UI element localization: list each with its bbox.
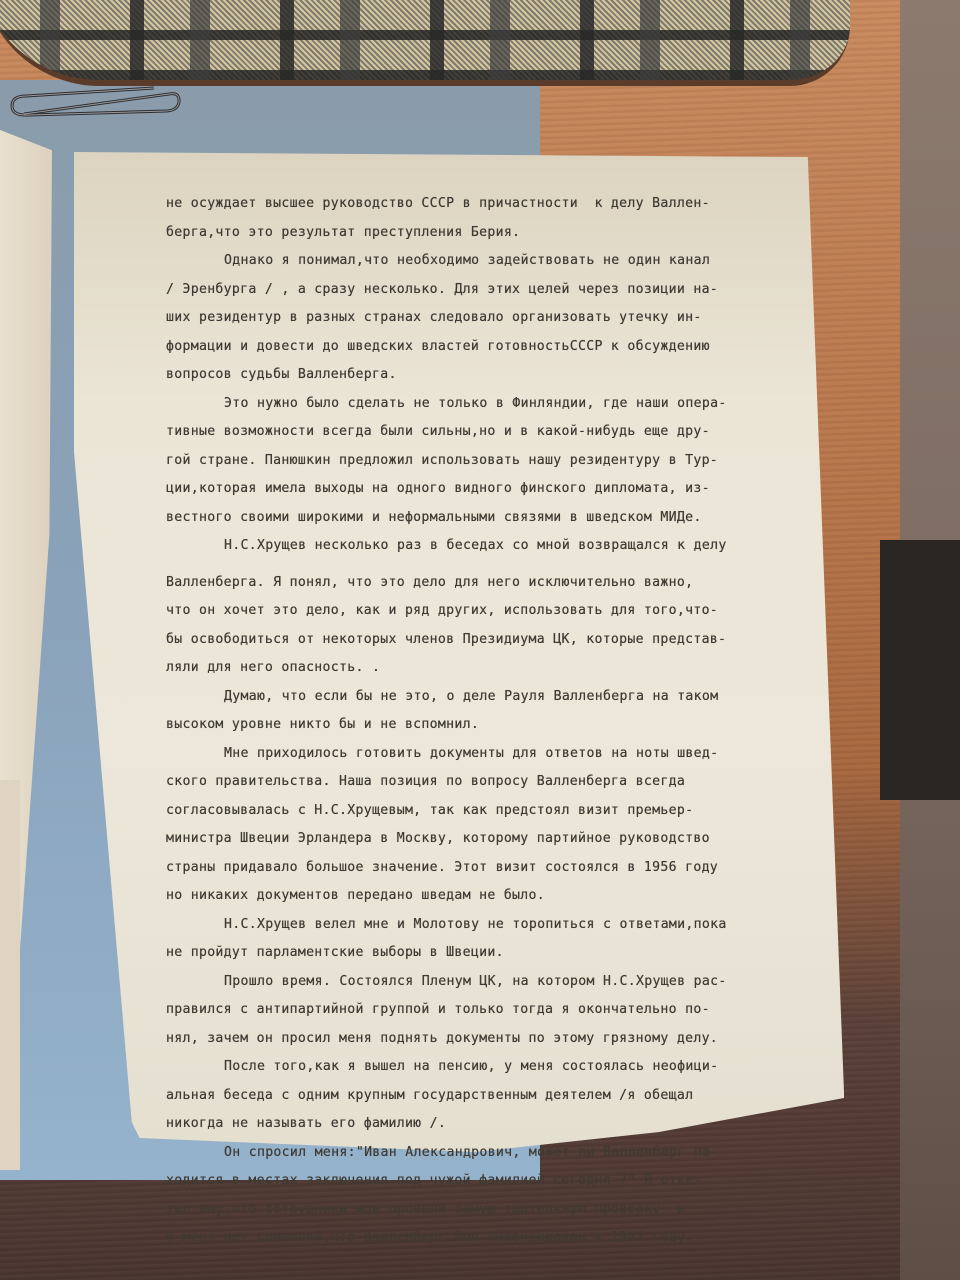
text-line: ших резидентур в разных странах следовал… — [166, 304, 806, 333]
text-line: формации и довести до шведских властей г… — [166, 333, 806, 362]
sheet-content: не осуждает высшее руководство СССР в пр… — [74, 152, 844, 1152]
text-line: Мне приходилось готовить документы для о… — [166, 740, 806, 769]
text-line: у меня нет сомнений,что Валленберг был л… — [166, 1224, 806, 1253]
text-line: тивные возможности всегда были сильны,но… — [166, 418, 806, 447]
text-line: Прошло время. Состоялся Пленум ЦК, на ко… — [166, 968, 806, 997]
text-line: министра Швеции Эрландера в Москву, кото… — [166, 825, 806, 854]
text-line: вестного своими широкими и неформальными… — [166, 504, 806, 533]
text-line: ляли для него опасность. . — [166, 654, 806, 683]
text-line: ского правительства. Наша позиция по воп… — [166, 768, 806, 797]
text-line: высоком уровне никто бы и не вспомнил. — [166, 711, 806, 740]
text-line: / Эренбурга / , а сразу несколько. Для э… — [166, 276, 806, 305]
text-line: но никаких документов передано шведам не… — [166, 882, 806, 911]
typewritten-text: не осуждает высшее руководство СССР в пр… — [166, 190, 806, 1253]
text-line: После того,как я вышел на пенсию, у меня… — [166, 1053, 806, 1082]
text-line: ции,которая имела выходы на одного видно… — [166, 475, 806, 504]
text-line: гой стране. Панюшкин предложил использов… — [166, 447, 806, 476]
text-line: тил ему,что сотрудники мои провели самую… — [166, 1196, 806, 1225]
text-line: не пройдут парламентские выборы в Швеции… — [166, 939, 806, 968]
underlying-paper-lower — [0, 780, 20, 1170]
plaid-fabric — [0, 0, 850, 86]
text-line: альная беседа с одним крупным государств… — [166, 1082, 806, 1111]
text-line: Однако я понимал,что необходимо задейств… — [166, 247, 806, 276]
text-line: Н.С.Хрущев несколько раз в беседах со мн… — [166, 532, 806, 561]
text-line: Он спросил меня:"Иван Александрович, мож… — [166, 1139, 806, 1168]
text-line: что он хочет это дело, как и ряд других,… — [166, 597, 806, 626]
text-line: нял, зачем он просил меня поднять докуме… — [166, 1025, 806, 1054]
text-line: Н.С.Хрущев велел мне и Молотову не тороп… — [166, 911, 806, 940]
text-line: берга,что это результат преступления Бер… — [166, 219, 806, 248]
text-line: никогда не называть его фамилию /. — [166, 1110, 806, 1139]
text-line: вопросов судьбы Валленберга. — [166, 361, 806, 390]
text-line: Думаю, что если бы не это, о деле Рауля … — [166, 683, 806, 712]
text-line: Валленберга. Я понял, что это дело для н… — [166, 569, 806, 598]
dark-object — [880, 540, 960, 800]
text-line: ходится в местах заключения под чужой фа… — [166, 1167, 806, 1196]
text-line: Это нужно было сделать не только в Финля… — [166, 390, 806, 419]
text-line: не осуждает высшее руководство СССР в пр… — [166, 190, 806, 219]
text-line: страны придавало большое значение. Этот … — [166, 854, 806, 883]
text-line: бы освободиться от некоторых членов През… — [166, 626, 806, 655]
text-line: согласовывалась с Н.С.Хрущевым, так как … — [166, 797, 806, 826]
text-line: правился с антипартийной группой и тольк… — [166, 996, 806, 1025]
paperclip-icon — [4, 82, 182, 122]
